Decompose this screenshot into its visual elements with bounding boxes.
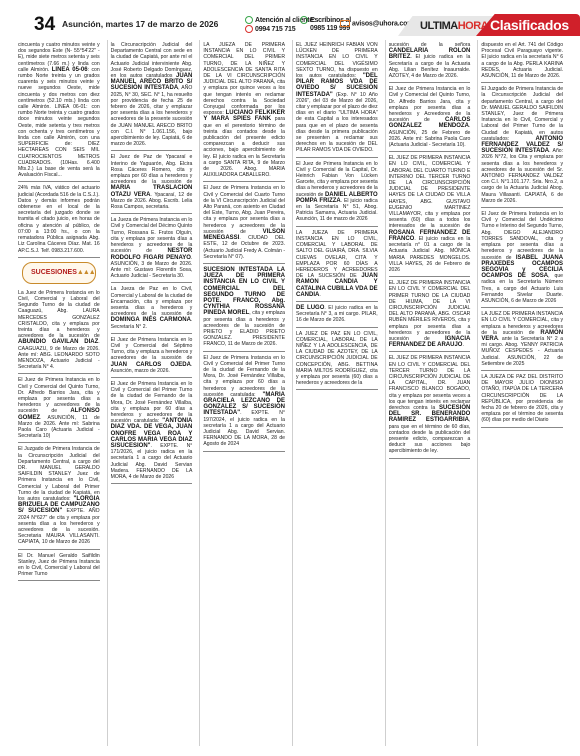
ad-subject: MARIA TRASLACION OTAZU VERA: [111, 185, 193, 197]
ad-subject: NESTOR RODOLFO FIGARI PENAYO: [111, 248, 193, 260]
classified-ad: El Juez de Primera Instancia en lo Civil…: [111, 379, 193, 484]
ad-subject: ABUNDIO GAVILAN DIAZ: [18, 339, 98, 345]
classified-ad: la Circunscripción Judicial del Departam…: [111, 40, 193, 151]
classified-ad: La Jueza de Primera Instancia en lo Civi…: [111, 215, 193, 283]
ad-subject: DANIEL ALBERTO POMPA FRIZZA: [296, 192, 378, 204]
brand-logo: ULTIMAHORA: [420, 20, 488, 32]
classifieds-columns: cincuenta y cuatro minutos veinte y dos …: [18, 40, 566, 746]
classified-ad: El Juez de Primera Instancia en lo Civil…: [203, 353, 285, 452]
ad-subject: IGNACIA FERNANDEZ DE ARAUJO: [389, 336, 471, 348]
ad-subject: ANTONIO FERNANDEZ VALDEZ S/ SUCESIÓN INT…: [481, 136, 563, 154]
classified-ad: La Jueza de Paz en lo Civil, Comercial y…: [111, 284, 193, 333]
ad-subject: JUAN CARLOS OJEDA: [111, 362, 191, 368]
banner-title: SUCESIONES: [31, 270, 77, 276]
contact-value: 0994 715 715: [255, 26, 295, 33]
classified-ad: EL JUEZ HEINRICH FABIAN VON LÜCKEN DE PR…: [296, 40, 378, 158]
classified-ad: EL JUEZ DE PRIMERA INSTANCIA EN LO CIVIL…: [389, 153, 471, 277]
column-4: EL JUEZ HEINRICH FABIAN VON LÜCKEN DE PR…: [292, 40, 381, 746]
ad-subject: ISABEL JUANA PRAXEDES OCAMPOS SEGOVIA y …: [481, 255, 563, 280]
ad-subject: "ANTONIA DIAZ VDA. DE VEGA, JUAN ONOFRE …: [111, 418, 193, 449]
classified-ad: EL JUEZ DE PRIMERA INSTANCIA EN LO CIVIL…: [389, 353, 471, 458]
ad-subject: "DEL PILAR RAMOS VDA DE OVIEDO S/ SUCESI…: [296, 73, 378, 98]
dateline: Asunción, martes 17 de marzo de 2026: [62, 19, 218, 29]
classified-ad: cincuenta y cuatro minutos veinte y dos …: [18, 40, 100, 182]
classified-ad: El Juez de Paz de Ypacaraí e Interino de…: [111, 152, 193, 214]
classified-ad: El Juez de Primera Instancia en lo Civil…: [111, 335, 193, 378]
classified-ad: sucesión de la señora CANDELARIA ROLON B…: [389, 40, 471, 83]
ad-subject: "LORGIA BRIZUELA DE CAMPUZANO S/ SUCESIO…: [18, 496, 100, 514]
section-title: Clasificados: [490, 17, 569, 33]
classified-ad: LA JUEZA DE PRIMERA INSTANCIA EN LO CIVI…: [296, 228, 378, 302]
ad-subject: RAMÓN VERA: [481, 330, 563, 342]
column-1: cincuenta y cuatro minutos veinte y dos …: [18, 40, 103, 746]
classified-ad: El Juez de Primera Instancia en lo Civil…: [481, 209, 563, 308]
column-5: sucesión de la señora CANDELARIA ROLON B…: [385, 40, 474, 746]
ad-subject: VILSON MENEGASSI: [203, 229, 285, 241]
whatsapp-icon: [300, 16, 308, 24]
classified-ad: El Juez de Primera Instancia en lo Civil…: [296, 159, 378, 227]
column-3: LA JUEZA DE PRIMERA INSTANCIA EN LO CIVI…: [199, 40, 288, 746]
classified-ad: El Juez de Primera Instancia en lo Civil…: [389, 84, 471, 152]
ad-subject: "MARIA GRACIELA LEZCANO DE GONZALEZ S/ S…: [203, 392, 285, 417]
whatsapp-icon: [245, 16, 253, 24]
classified-ad: LA JUEZ DE PAZ EN LO CIVIL, COMERCIAL, L…: [296, 329, 378, 391]
column-2: la Circunscripción Judicial del Departam…: [107, 40, 196, 746]
ad-subject: DOMINGA INÉS CARMONA: [111, 317, 191, 323]
classified-ad: El Juez de Primera Instancia en lo Civil…: [18, 375, 100, 443]
phone-icon: [245, 25, 253, 33]
ad-subject: SUCESION INTESTADA LA JUEZA DE PRIMERA I…: [203, 267, 285, 316]
classified-ad: La Juez de Primera Instancia en lo Civil…: [18, 288, 100, 375]
classified-ad: El Juzgado de Primera Instancia de la Ci…: [18, 444, 100, 549]
ad-subject: JUAN MANUEL ARECO BRITO S/ SUCESIÓN INTE…: [111, 73, 193, 91]
page-number: 34: [34, 14, 55, 36]
ad-subject: DE LUGO: [296, 305, 324, 311]
envelope-icon: [340, 20, 350, 27]
classified-ad: dispuesto en el Art. 741 del Código Proc…: [481, 40, 563, 83]
ad-subject: CARLOS GONZALEZ MENDOZA: [389, 117, 471, 129]
sucesiones-banner: SUCESIONES▲▲▲: [22, 262, 96, 284]
classified-ad: El Juzgado de Primera Instancia de la Ci…: [481, 84, 563, 208]
classified-ad: 24% más IVA, viático del actuario judici…: [18, 183, 100, 257]
page-header: 34 Asunción, martes 17 de marzo de 2026 …: [0, 14, 580, 38]
classified-ad: SUCESION INTESTADA LA JUEZA DE PRIMERA I…: [203, 265, 285, 352]
ad-subject: CANDELARIA ROLON BRITEZ: [389, 48, 471, 60]
ad-subject: LUCIANO FELKIKER Y MARA SPIES FANK: [203, 110, 285, 122]
classified-ad: LA JUEZ DE PRIMERA INSTANCIA EN LO CIVIL…: [481, 309, 563, 371]
classified-ad: DE LUGO. El juicio radica en la Secretar…: [296, 303, 378, 328]
ad-subject: LINEA 05-06: [52, 67, 88, 73]
classified-ad: El Dr. Manuel Geraldo Saifildin Stanley,…: [18, 551, 100, 582]
classified-ad: LA JUEZA DE PAZ DEL DISTRITO DE MAYOR JU…: [481, 372, 563, 428]
classified-ad: El Juez de Primera Instancia en lo Civil…: [203, 183, 285, 263]
classified-ad: EL JUEZ DE PRIMERA INSTANCIA EN LO CIVIL…: [389, 278, 471, 352]
ad-subject: SUCESIÓN DEL SR. BENERANDO RAMIREZ ESTIG…: [389, 405, 471, 423]
ad-subject: ALFONSO GOMEZ: [18, 408, 100, 420]
ad-subject: ROSANA FERNANDEZ DE FRANCO: [389, 230, 471, 242]
classified-ad: LA JUEZA DE PRIMERA INSTANCIA EN LO CIVI…: [203, 40, 285, 182]
column-6: dispuesto en el Art. 741 del Código Proc…: [477, 40, 566, 746]
ad-subject: JUAN RAMON CANDIA Y CATALINA CUBILLA VDA…: [296, 273, 378, 298]
decorative-icon: ▲▲▲: [77, 270, 95, 276]
